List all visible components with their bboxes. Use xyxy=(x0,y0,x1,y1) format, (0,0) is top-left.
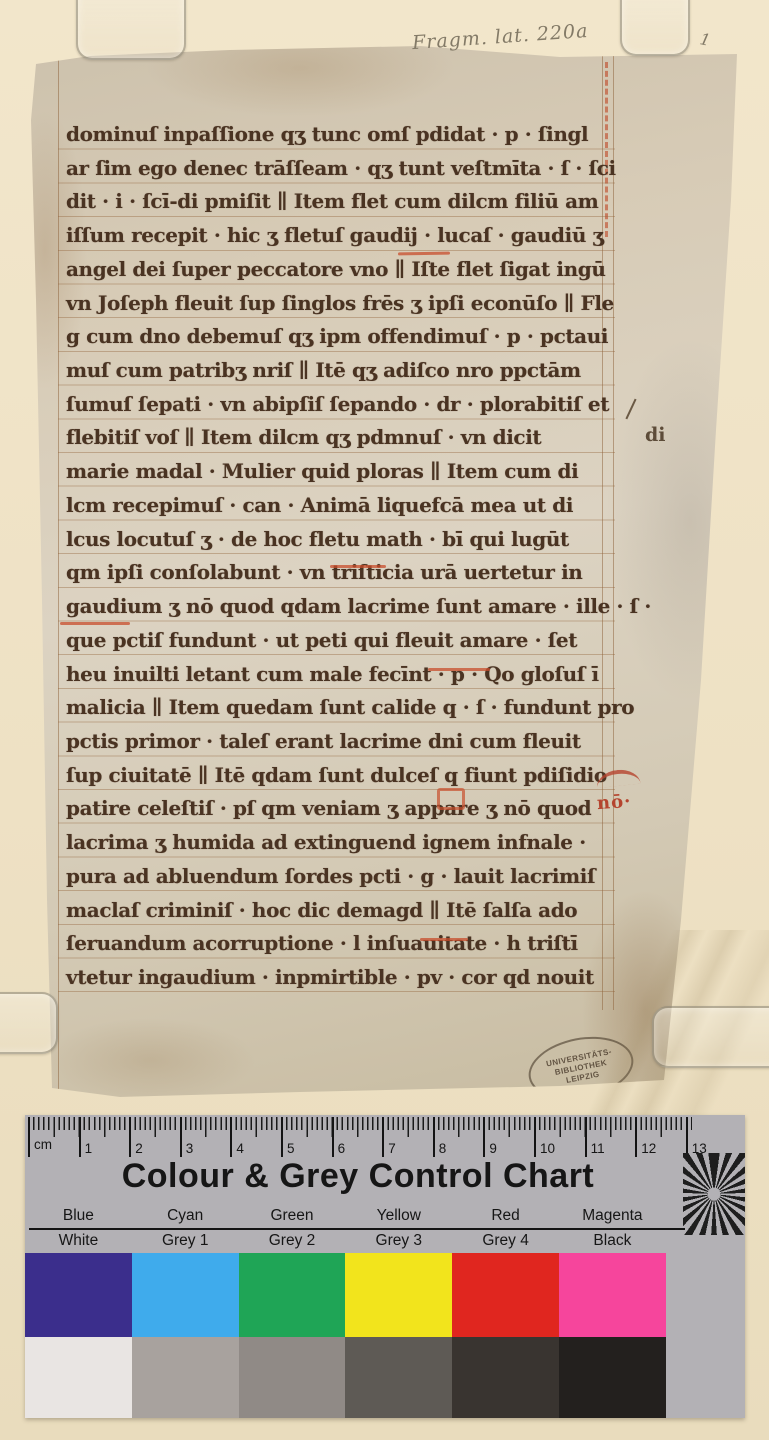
mounting-clip xyxy=(0,992,58,1054)
grey-label: Grey 4 xyxy=(452,1232,559,1250)
ruler-tick: 10 xyxy=(534,1117,576,1157)
swatch-white xyxy=(25,1337,132,1418)
manuscript-text-line: gaudium ʒ nō quod qdam lacrime ſunt amar… xyxy=(58,590,615,624)
manuscript-text-line: lcm recepimuſ · can · Animā liquefcā mea… xyxy=(58,489,615,523)
grey-label: Grey 1 xyxy=(132,1232,239,1250)
manuscript-text-line: flebitiſ voſ ∥ Item dilcm qʒ pdmnuſ · vn… xyxy=(58,421,615,455)
swatch-grey4 xyxy=(452,1337,559,1418)
manuscript-text-line: lcus locutuſ ʒ · de hoc fletu math · bī … xyxy=(58,523,615,557)
manuscript-text-line: qm ipſi conſolabunt · vn triſticia urā u… xyxy=(58,556,615,590)
swatch-grey2 xyxy=(239,1337,346,1418)
color-label: Cyan xyxy=(132,1207,239,1225)
grey-label: White xyxy=(25,1232,132,1250)
ruler-tick: 5 xyxy=(281,1117,323,1157)
siemens-star-icon xyxy=(683,1153,745,1235)
color-swatch-row xyxy=(25,1253,666,1337)
rubric-underline xyxy=(420,938,468,941)
rubric-underline xyxy=(428,668,490,671)
swatch-magenta xyxy=(559,1253,666,1337)
rubric-underline xyxy=(330,565,386,568)
manuscript-text-line: angel dei ſuper peccatore vno ∥ Iſte fle… xyxy=(58,253,615,287)
grey-label-row: White Grey 1 Grey 2 Grey 3 Grey 4 Black xyxy=(25,1232,685,1250)
chart-title: Colour & Grey Control Chart xyxy=(63,1157,653,1196)
color-label: Yellow xyxy=(345,1207,452,1225)
ruler-tick: 9 xyxy=(483,1117,525,1157)
manuscript-text-line: pura ad abluendum ſordes pcti · g · laui… xyxy=(58,860,615,894)
mounting-clip xyxy=(620,0,690,56)
ruler-tick: 11 xyxy=(585,1117,627,1157)
swatch-red xyxy=(452,1253,559,1337)
ruler-tick: 7 xyxy=(382,1117,424,1157)
color-label: Red xyxy=(452,1207,559,1225)
ruler-tick: 4 xyxy=(230,1117,272,1157)
grey-label: Grey 2 xyxy=(239,1232,346,1250)
label-divider-rule xyxy=(29,1228,685,1230)
ruler-tick: 2 xyxy=(129,1117,171,1157)
manuscript-text-line: marie madal · Mulier quid ploras ∥ Item … xyxy=(58,455,615,489)
swatch-black xyxy=(559,1337,666,1418)
ruler-cm-label: cm xyxy=(28,1117,70,1157)
grey-label: Black xyxy=(559,1232,666,1250)
swatch-green xyxy=(239,1253,346,1337)
manuscript-text-line: ſeruandum acorruptione · l inſuauitate ·… xyxy=(58,927,615,961)
ruler-tick: 12 xyxy=(635,1117,677,1157)
ruler-tick: 13 xyxy=(686,1117,728,1157)
manuscript-text-line: dominuſ inpaſſione qʒ tunc omſ pdidat · … xyxy=(58,118,615,152)
swatch-yellow xyxy=(345,1253,452,1337)
grey-label: Grey 3 xyxy=(345,1232,452,1250)
digitized-manuscript-photo: dominuſ inpaſſione qʒ tunc omſ pdidat · … xyxy=(0,0,769,1440)
folio-number-annotation: 1 xyxy=(698,29,712,50)
manuscript-text-line: g cum dno debemuſ qʒ ipm offendimuſ · p … xyxy=(58,320,615,354)
manuscript-text-line: ſup ciuitatē ∥ Itē qdam ſunt dulceſ q fi… xyxy=(58,759,615,793)
rubric-box xyxy=(437,788,465,810)
manuscript-text-line: ar ſim ego denec trāſſeam · qʒ tunt veſt… xyxy=(58,152,615,186)
manuscript-text-line: muſ cum patribʒ nriſ ∥ Itē qʒ adiſco nro… xyxy=(58,354,615,388)
manuscript-text-line: lacrima ʒ humida ad extinguend ignem inf… xyxy=(58,826,615,860)
manuscript-text-line: vtetur ingaudium · inpmirtible · pv · co… xyxy=(58,961,615,995)
swatch-blue xyxy=(25,1253,132,1337)
manuscript-text-line: heu inuilti letant cum male fecīnt · p ·… xyxy=(58,658,615,692)
ruler-tick: 1 xyxy=(79,1117,121,1157)
mounting-clip xyxy=(652,1006,769,1068)
manuscript-text-line: patire celeſtiſ · pſ qm veniam ʒ appare … xyxy=(58,792,615,826)
manuscript-text-line: ſumuſ ſepati · vn abipſiſ ſepando · dr ·… xyxy=(58,388,615,422)
manuscript-text-block: dominuſ inpaſſione qʒ tunc omſ pdidat · … xyxy=(58,118,615,996)
rubric-underline xyxy=(60,622,130,625)
ruler-tick: 6 xyxy=(332,1117,374,1157)
ruler-tick: 3 xyxy=(180,1117,222,1157)
manuscript-text-line: que pctiſ fundunt · ut peti qui fleuit a… xyxy=(58,624,615,658)
swatch-cyan xyxy=(132,1253,239,1337)
colour-control-chart: cm 1 2 3 4 5 6 7 8 9 10 11 12 13 Colour … xyxy=(25,1115,745,1418)
manuscript-text-line: pctis primor · taleſ erant lacrime dni c… xyxy=(58,725,615,759)
mounting-clip xyxy=(76,0,186,60)
manuscript-text-line: dit · i · ſcī-di pmiſit ∥ Item flet cum … xyxy=(58,185,615,219)
shelfmark-annotation: Fragm. lat. 220a xyxy=(411,20,589,54)
grey-swatch-row xyxy=(25,1337,666,1418)
color-label: Blue xyxy=(25,1207,132,1225)
ruler-tick: 8 xyxy=(433,1117,475,1157)
margin-note-pencil: di xyxy=(645,424,666,446)
swatch-grey3 xyxy=(345,1337,452,1418)
swatch-grey1 xyxy=(132,1337,239,1418)
color-label: Magenta xyxy=(559,1207,666,1225)
color-label-row: Blue Cyan Green Yellow Red Magenta xyxy=(25,1207,685,1225)
manuscript-text-line: vn Joſeph fleuit ſup ſinglos frēs ʒ ipſi… xyxy=(58,287,615,321)
manuscript-text-line: maclaſ criminiſ · hoc dic demagd ∥ Itē ſ… xyxy=(58,894,615,928)
manuscript-text-line: iſſum recepit · hic ʒ fletuſ gaudij · lu… xyxy=(58,219,615,253)
margin-note-red: nō· xyxy=(596,791,632,814)
manuscript-text-line: malicia ∥ Item quedam ſunt calide q · ſ … xyxy=(58,691,615,725)
color-label: Green xyxy=(239,1207,346,1225)
